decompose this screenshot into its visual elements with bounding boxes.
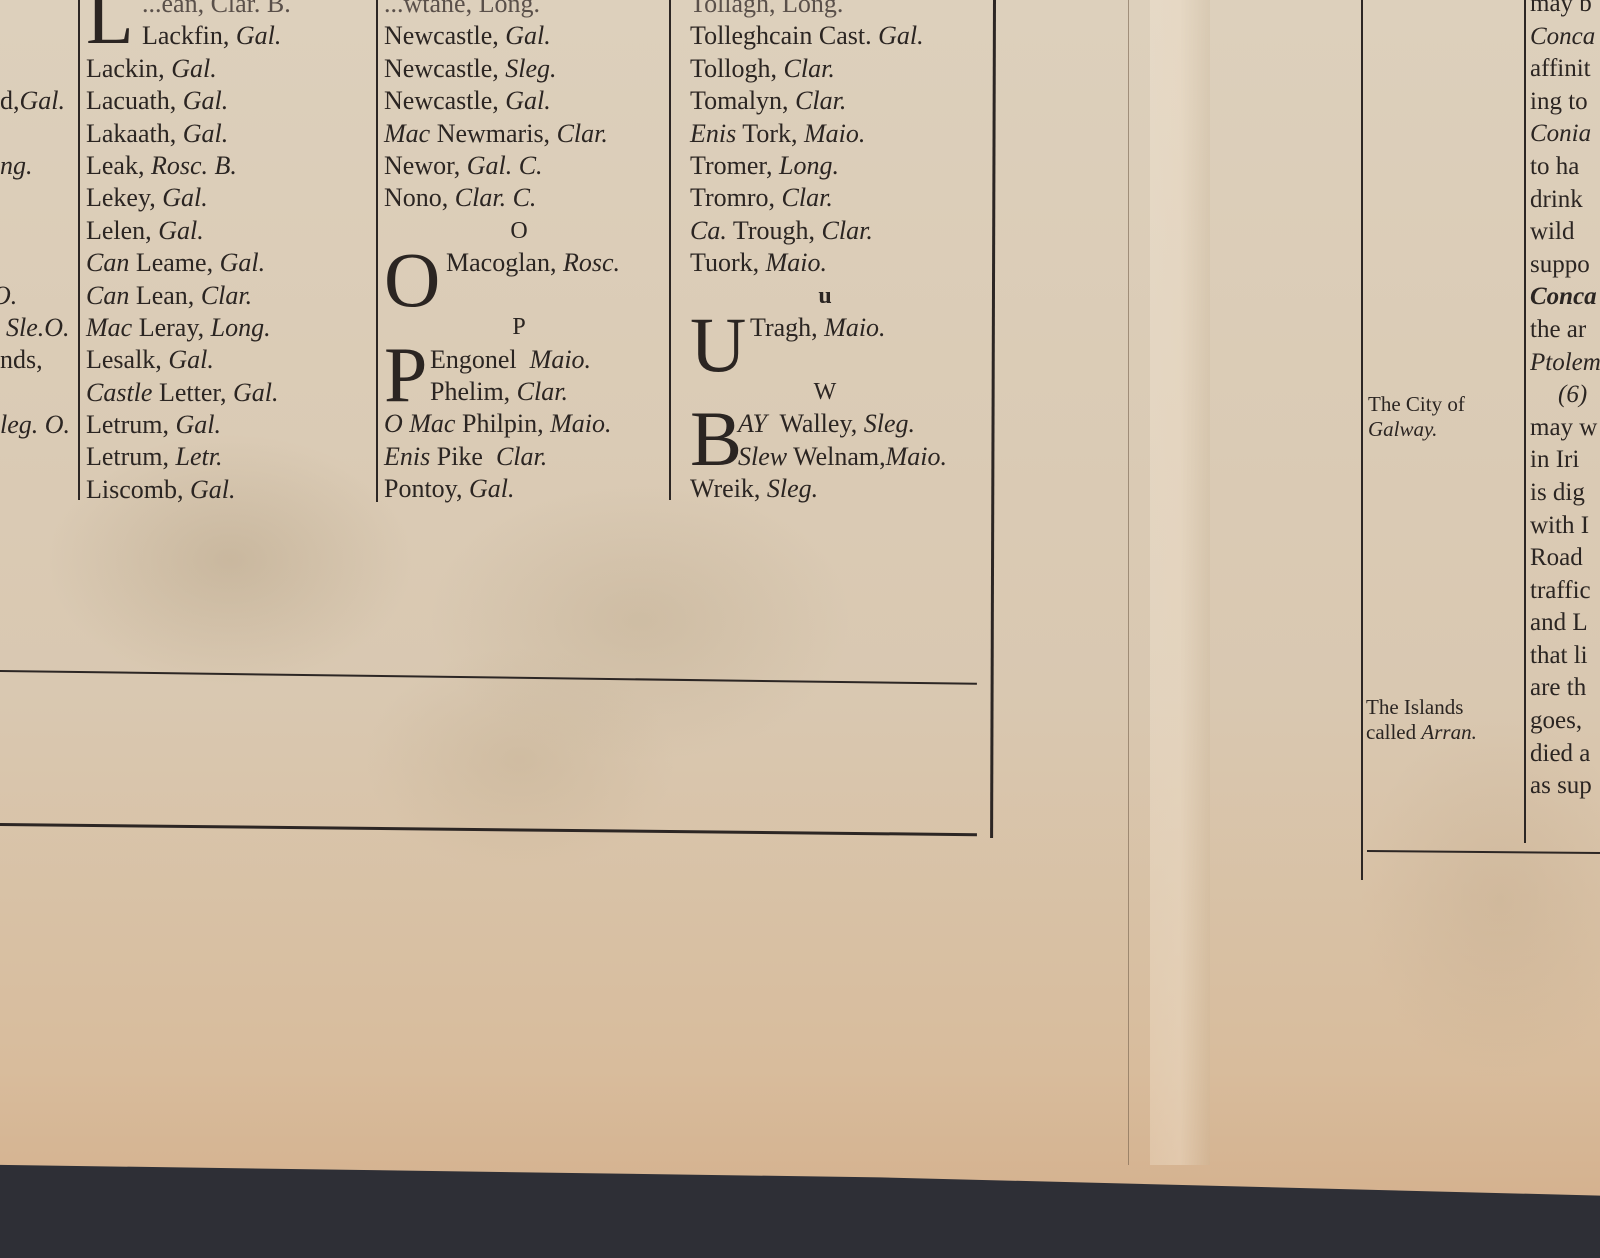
body-line: the ar bbox=[1530, 314, 1600, 347]
body-line: Conia bbox=[1530, 118, 1600, 151]
index-column-n-o-p: ...wtane, Long. Newcastle, Gal. Newcastl… bbox=[384, 0, 664, 505]
body-line: ing to bbox=[1530, 86, 1600, 119]
index-entry: Leak, Rosc. B. bbox=[86, 150, 371, 182]
body-line: goes, bbox=[1530, 705, 1600, 738]
body-line: are th bbox=[1530, 672, 1600, 705]
index-entry: Lakaath, Gal. bbox=[86, 118, 371, 150]
index-entry: Newcastle, Sleg. bbox=[384, 53, 664, 85]
index-entry: Letrum, Letr. bbox=[86, 441, 371, 473]
index-entry: Tromer, Long. bbox=[690, 150, 990, 182]
column-rule-1 bbox=[78, 0, 80, 500]
body-line: traffic bbox=[1530, 575, 1600, 608]
fragment-text: nds, bbox=[0, 345, 43, 374]
dropcap-b: B bbox=[690, 404, 742, 474]
fragment-county: Sle.O. bbox=[6, 313, 70, 342]
margin-note-line: Galway. bbox=[1368, 417, 1465, 442]
index-entry: Can Lean, Clar. bbox=[86, 280, 371, 312]
index-entry: Pontoy, Gal. bbox=[384, 473, 664, 505]
margin-note-galway: The City of Galway. bbox=[1368, 392, 1465, 442]
column-rule-3 bbox=[669, 0, 671, 500]
index-entry: Tomalyn, Clar. bbox=[690, 85, 990, 117]
cut-top-line: ...wtane, Long. bbox=[384, 0, 664, 20]
column-rule-2 bbox=[376, 0, 378, 502]
index-entry: Letrum, Gal. bbox=[86, 409, 371, 441]
index-entry: Newcastle, Gal. bbox=[384, 85, 664, 117]
body-line: in Iri bbox=[1530, 444, 1600, 477]
index-entry: Lekey, Gal. bbox=[86, 182, 371, 214]
index-entry: Lelen, Gal. bbox=[86, 215, 371, 247]
right-body-text: may b Conca affinit ing to Conia to ha d… bbox=[1530, 0, 1600, 803]
body-line: Ptolem bbox=[1530, 347, 1600, 380]
page-fold-highlight bbox=[1150, 0, 1210, 1165]
fragment-county: leg. O. bbox=[0, 410, 70, 439]
body-line: affinit bbox=[1530, 53, 1600, 86]
index-entry: Tolleghcain Cast. Gal. bbox=[690, 20, 990, 52]
index-entry: Nono, Clar. C. bbox=[384, 182, 664, 214]
margin-rule-right bbox=[1524, 0, 1526, 843]
margin-note-line: The Islands bbox=[1366, 695, 1477, 720]
index-entry-with-dropcap: U Tragh, Maio. bbox=[690, 312, 990, 376]
index-entry: Can Leame, Gal. bbox=[86, 247, 371, 279]
index-entry: Mac Leray, Long. bbox=[86, 312, 371, 344]
body-line: Conca bbox=[1530, 21, 1600, 54]
index-entry: Newcastle, Gal. bbox=[384, 20, 664, 52]
index-entry: Tollogh, Clar. bbox=[690, 53, 990, 85]
index-entry: Tuork, Maio. bbox=[690, 247, 990, 279]
dropcap-p: P bbox=[384, 340, 427, 410]
index-entries-with-dropcap: P Engonel Maio. Phelim, Clar. bbox=[384, 344, 664, 409]
body-line: may b bbox=[1530, 0, 1600, 21]
index-entries-with-dropcap: B AY Walley, Sleg. Slew Welnam,Maio. bbox=[690, 408, 990, 473]
index-entry: Tromro, Clar. bbox=[690, 182, 990, 214]
index-entry-with-dropcap: O Macoglan, Rosc. bbox=[384, 247, 664, 311]
page-fold-crease bbox=[1128, 0, 1129, 1165]
margin-note-line: The City of bbox=[1368, 392, 1465, 417]
index-entry: Newor, Gal. C. bbox=[384, 150, 664, 182]
index-entry: Enis Tork, Maio. bbox=[690, 118, 990, 150]
body-line: may w bbox=[1530, 412, 1600, 445]
body-line: died a bbox=[1530, 738, 1600, 771]
fragment-county: Gal. bbox=[20, 86, 66, 115]
index-entry: Ca. Trough, Clar. bbox=[690, 215, 990, 247]
body-line: is dig bbox=[1530, 477, 1600, 510]
body-line: (6) bbox=[1530, 379, 1600, 412]
dropcap-u: U bbox=[690, 310, 746, 380]
dropcap-o: O bbox=[384, 245, 440, 315]
left-fragment-column: d,Gal. ng. O. Sle.O. nds, leg. O. bbox=[0, 0, 70, 441]
body-line: Conca bbox=[1530, 281, 1600, 314]
margin-note-line: called bbox=[1366, 720, 1421, 744]
fragment-county: O. bbox=[0, 281, 17, 310]
index-entry: Lesalk, Gal. bbox=[86, 344, 371, 376]
fragment-text: d, bbox=[0, 86, 20, 115]
body-line: with I bbox=[1530, 510, 1600, 543]
index-entry: Lackfin, Gal. bbox=[86, 20, 371, 52]
body-line: wild bbox=[1530, 216, 1600, 249]
body-line: and L bbox=[1530, 607, 1600, 640]
index-column-l: ...ean, Clar. B. L Lackfin, Gal. Lackin,… bbox=[86, 0, 371, 506]
body-line: that li bbox=[1530, 640, 1600, 673]
index-entry: Liscomb, Gal. bbox=[86, 474, 371, 506]
margin-note-italic: Arran. bbox=[1421, 720, 1476, 744]
index-entry: O Mac Philpin, Maio. bbox=[384, 408, 664, 440]
index-entry: Wreik, Sleg. bbox=[690, 473, 990, 505]
index-entry: Enis Pike Clar. bbox=[384, 441, 664, 473]
body-line: suppo bbox=[1530, 249, 1600, 282]
index-entry: Lacuath, Gal. bbox=[86, 85, 371, 117]
margin-note-arran: The Islands called Arran. bbox=[1366, 695, 1477, 745]
index-column-t-u-w: Tollagh, Long. Tolleghcain Cast. Gal. To… bbox=[690, 0, 990, 505]
index-entry: Mac Newmaris, Clar. bbox=[384, 118, 664, 150]
margin-rule-left bbox=[1361, 0, 1363, 880]
index-entry: Lackin, Gal. bbox=[86, 53, 371, 85]
cut-top-line: Tollagh, Long. bbox=[690, 0, 990, 20]
index-entry: Castle Letter, Gal. bbox=[86, 377, 371, 409]
body-line: Road bbox=[1530, 542, 1600, 575]
body-line: drink bbox=[1530, 184, 1600, 217]
fragment-county: ng. bbox=[0, 151, 33, 180]
body-line: as sup bbox=[1530, 770, 1600, 803]
body-line: to ha bbox=[1530, 151, 1600, 184]
